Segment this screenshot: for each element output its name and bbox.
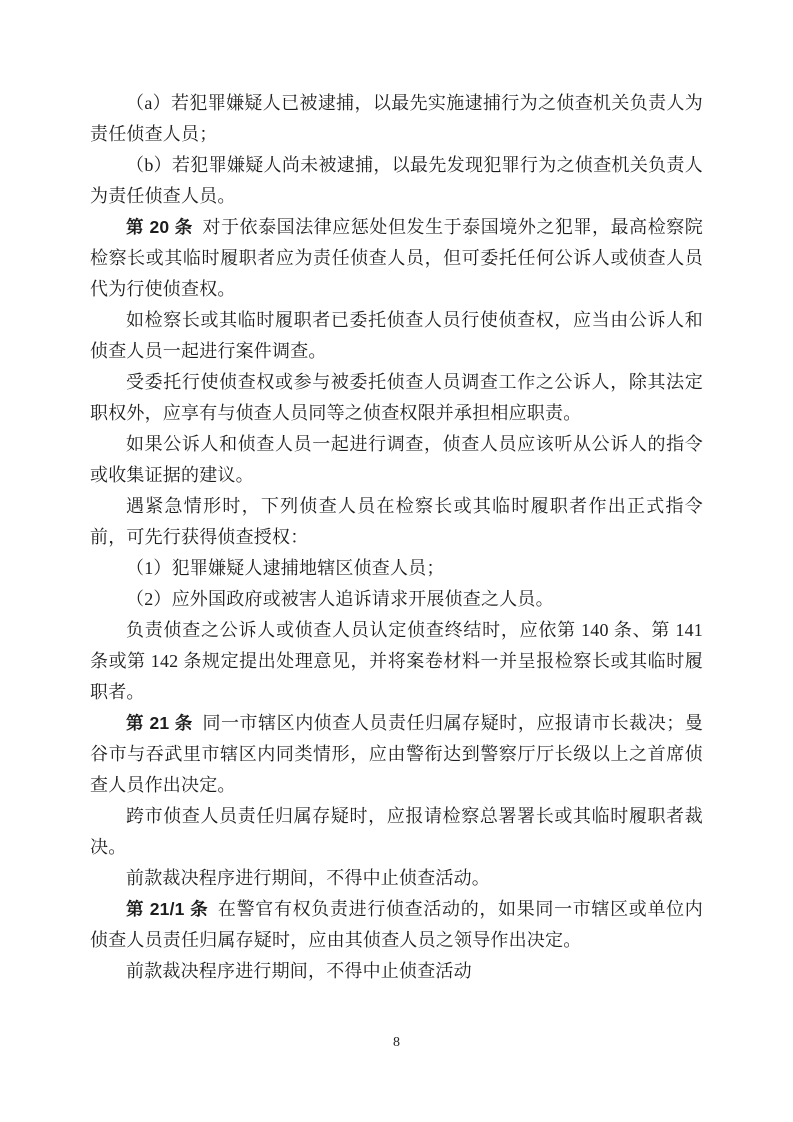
paragraph-text: （1）犯罪嫌疑人逮捕地辖区侦查人员； <box>126 558 445 578</box>
paragraph: （a）若犯罪嫌疑人已被逮捕，以最先实施逮捕行为之侦查机关负责人为责任侦查人员； <box>90 88 703 150</box>
paragraph: 如检察长或其临时履职者已委托侦查人员行使侦查权，应当由公诉人和侦查人员一起进行案… <box>90 305 703 367</box>
paragraph-text: 如果公诉人和侦查人员一起进行调查，侦查人员应该听从公诉人的指令或收集证据的建议。 <box>90 434 703 485</box>
article-paragraph: 第 21/1 条在警官有权负责进行侦查活动的，如果同一市辖区或单位内侦查人员责任… <box>90 894 703 956</box>
paragraph: 负责侦查之公诉人或侦查人员认定侦查终结时，应依第 140 条、第 141 条或第… <box>90 615 703 708</box>
paragraph-text: （b）若犯罪嫌疑人尚未被逮捕，以最先发现犯罪行为之侦查机关负责人为责任侦查人员。 <box>90 155 703 206</box>
article-number: 第 21/1 条 <box>126 899 208 919</box>
paragraph: 前款裁决程序进行期间，不得中止侦查活动。 <box>90 863 703 894</box>
paragraph: （1）犯罪嫌疑人逮捕地辖区侦查人员； <box>90 553 703 584</box>
paragraph: 如果公诉人和侦查人员一起进行调查，侦查人员应该听从公诉人的指令或收集证据的建议。 <box>90 429 703 491</box>
paragraph: 跨市侦查人员责任归属存疑时，应报请检察总署署长或其临时履职者裁决。 <box>90 801 703 863</box>
article-number: 第 21 条 <box>126 713 193 733</box>
paragraph-text: 受委托行使侦查权或参与被委托侦查人员调查工作之公诉人，除其法定职权外，应享有与侦… <box>90 372 703 423</box>
paragraph-text: 如检察长或其临时履职者已委托侦查人员行使侦查权，应当由公诉人和侦查人员一起进行案… <box>90 310 703 361</box>
paragraph-text: 遇紧急情形时，下列侦查人员在检察长或其临时履职者作出正式指令前，可先行获得侦查授… <box>90 496 703 547</box>
paragraph-text: 前款裁决程序进行期间，不得中止侦查活动 <box>126 961 472 981</box>
article-paragraph: 第 20 条对于依泰国法律应惩处但发生于泰国境外之犯罪，最高检察院检察长或其临时… <box>90 212 703 305</box>
paragraph: 遇紧急情形时，下列侦查人员在检察长或其临时履职者作出正式指令前，可先行获得侦查授… <box>90 491 703 553</box>
paragraph-text: 跨市侦查人员责任归属存疑时，应报请检察总署署长或其临时履职者裁决。 <box>90 806 703 857</box>
paragraph: 受委托行使侦查权或参与被委托侦查人员调查工作之公诉人，除其法定职权外，应享有与侦… <box>90 367 703 429</box>
paragraph: （2）应外国政府或被害人追诉请求开展侦查之人员。 <box>90 584 703 615</box>
paragraph: （b）若犯罪嫌疑人尚未被逮捕，以最先发现犯罪行为之侦查机关负责人为责任侦查人员。 <box>90 150 703 212</box>
paragraph-text: （a）若犯罪嫌疑人已被逮捕，以最先实施逮捕行为之侦查机关负责人为责任侦查人员； <box>90 93 703 144</box>
paragraph: 前款裁决程序进行期间，不得中止侦查活动 <box>90 956 703 987</box>
document-body: （a）若犯罪嫌疑人已被逮捕，以最先实施逮捕行为之侦查机关负责人为责任侦查人员；（… <box>90 88 703 987</box>
article-number: 第 20 条 <box>126 217 193 237</box>
page-number: 8 <box>0 1033 793 1053</box>
paragraph-text: 前款裁决程序进行期间，不得中止侦查活动。 <box>126 868 490 888</box>
document-page: （a）若犯罪嫌疑人已被逮捕，以最先实施逮捕行为之侦查机关负责人为责任侦查人员；（… <box>0 0 793 1122</box>
paragraph-text: 负责侦查之公诉人或侦查人员认定侦查终结时，应依第 140 条、第 141 条或第… <box>90 620 703 702</box>
article-paragraph: 第 21 条同一市辖区内侦查人员责任归属存疑时，应报请市长裁决；曼谷市与吞武里市… <box>90 708 703 801</box>
paragraph-text: （2）应外国政府或被害人追诉请求开展侦查之人员。 <box>126 589 554 609</box>
